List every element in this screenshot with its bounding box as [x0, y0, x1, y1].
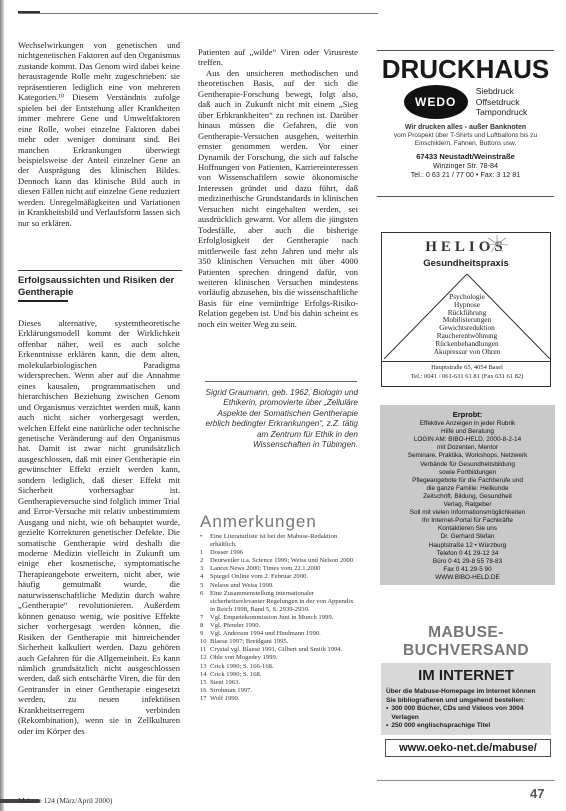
note-item: 14Crick 1990; S. 168. [200, 671, 358, 679]
druckhaus-description: Wir drucken alles - außer Banknoten vom … [377, 124, 554, 149]
erprobt-website-link[interactable]: WWW.BIBO-HELD.DE [380, 574, 555, 582]
note-item: 1Dosser 1996 [200, 549, 358, 557]
section-heading: Erfolgsaussichten und Risiken der Genthe… [18, 270, 182, 302]
author-note: Sigrid Graumann, geb. 1962, Biologin und… [200, 388, 358, 450]
paragraph: Aus den unsicheren methodischen und theo… [198, 68, 358, 329]
note-item: 13Crick 1990; S. 166-168. [200, 663, 358, 671]
druckhaus-services: Siebdruck Offsetdruck Tampondruck [476, 86, 528, 118]
mabuse-info-box: IM INTERNET Über die Mabuse-Homepage im … [381, 663, 551, 735]
note-item: 17Wolf 1990. [200, 695, 358, 703]
druckhaus-phone: Tel.: 0 63 21 / 77 00 • Fax: 3 12 81 [377, 170, 554, 180]
notes-title: Anmerkungen [200, 512, 317, 532]
wedo-logo-icon: WEDO [404, 85, 468, 119]
bullet-icon: • [386, 722, 388, 731]
note-item: 11Crystal vgl. Blaese 1991, Gilbert und … [200, 646, 358, 654]
mabuse-subtitle: IM INTERNET [386, 667, 546, 684]
helios-contact: Hauptstraße 65, 4054 Basel Tel.: 0041 / … [382, 361, 551, 381]
section-heading-text: Erfolgsaussichten und Risiken der Genthe… [18, 275, 174, 298]
heading-underline [18, 300, 68, 302]
notes-list: •Eine Literaturliste ist bei der Mabuse-… [200, 533, 358, 703]
note-item: 15Stent 1963. [200, 679, 358, 687]
author-note-rule [205, 381, 357, 382]
note-item: •Eine Literaturliste ist bei der Mabuse-… [200, 533, 358, 549]
helios-subtitle: Gesundheitspraxis [382, 258, 550, 269]
druckhaus-tagline: Wir drucken alles - außer Banknoten [405, 124, 526, 131]
druckhaus-ad: DRUCKHAUS WEDO Siebdruck Offsetdruck Tam… [377, 50, 554, 197]
helios-title: HELIOS [382, 239, 550, 256]
mabuse-url-link[interactable]: www.oeko-net.de/mabuse/ [385, 739, 551, 757]
note-item: 12Ohle von Mogedey 1999. [200, 654, 358, 662]
mabuse-title: MABUSE-BUCHVERSAND [377, 624, 555, 660]
page-edge-shadow [0, 0, 4, 811]
note-item: 7Vgl. Enquetekommission Juni in Munch 19… [200, 614, 358, 622]
journal-footer: Mabuse 124 (März/April 2000) [18, 796, 112, 805]
mabuse-ad: MABUSE-BUCHVERSAND IM INTERNET Über die … [377, 624, 555, 781]
note-item: 16Strohman 1997. [200, 687, 358, 695]
druckhaus-street: Winzinger Str. 78-84 [377, 161, 554, 171]
middle-column: Patienten auf „wilde“ Viren oder Virusre… [198, 47, 358, 329]
note-item: 3Lancet News 2000; Times vom 22.1.2000 [200, 565, 358, 573]
mabuse-bullet: •250 000 englischsprachige Titel [386, 722, 546, 731]
erprobt-heading: Erprobt: [380, 411, 555, 419]
paragraph: Wechselwirkungen von genetischen und nic… [18, 40, 180, 228]
paragraph: Dieses alternative, systemtheoretische E… [18, 318, 180, 736]
left-column-main: Dieses alternative, systemtheoretische E… [18, 318, 180, 736]
helios-ad: HELIOS Gesundheitspraxis Psychologie Hyp… [381, 232, 551, 387]
note-item: 4Spiegel Online vom 2. Februar 2000. [200, 573, 358, 581]
note-item: 6Eine Zusammenstellung internationaler s… [200, 590, 358, 614]
note-item: 8Vgl. Pfender 1990. [200, 622, 358, 630]
mabuse-intro: Über die Mabuse-Homepage im Internet kön… [386, 688, 546, 705]
helios-services: Psychologie Hypnose Rückführung Mobilisi… [382, 293, 551, 355]
druckhaus-address: 67433 Neustadt/Weinstraße [377, 152, 554, 161]
note-item: 10Blaese 1997; Breidgani 1995. [200, 638, 358, 646]
note-item: 9Vgl. Anderson 1994 und Hindmann 1990. [200, 630, 358, 638]
mabuse-bullet: •300 000 Bücher, CDs und Videos von 3004… [386, 705, 546, 722]
erprobt-ad: Erprobt: Effektive Anzeigen in jeder Rub… [380, 405, 555, 585]
note-item: 2Deutweiler u.a. Science 1999; Weiss und… [200, 557, 358, 565]
left-column-intro: Wechselwirkungen von genetischen und nic… [18, 40, 180, 228]
page-number: 47 [530, 786, 544, 801]
paragraph: Patienten auf „wilde“ Viren oder Virusre… [198, 47, 358, 68]
bullet-icon: • [386, 705, 388, 722]
header-rule [18, 13, 378, 14]
sun-rays-icon [486, 235, 508, 253]
note-item: 5Nelson und Weiss 1999. [200, 582, 358, 590]
druckhaus-title: DRUCKHAUS [377, 55, 554, 83]
